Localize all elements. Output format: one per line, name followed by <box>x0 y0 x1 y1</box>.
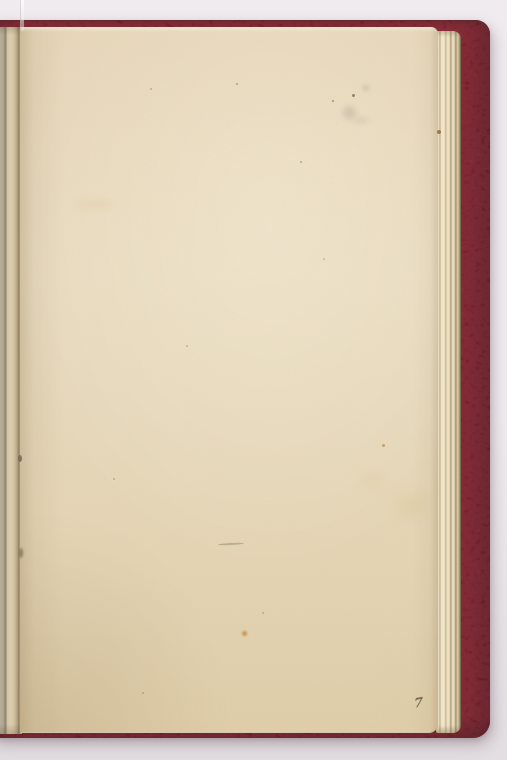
binding-gutter <box>0 27 22 734</box>
pencil-mark: 7 <box>414 695 423 712</box>
glass-edge-reflection <box>20 0 24 31</box>
blank-page <box>20 27 438 733</box>
photo-backdrop: 7 <box>0 0 507 760</box>
paper-grain-texture <box>20 27 438 732</box>
page-edge-stack <box>436 31 461 733</box>
